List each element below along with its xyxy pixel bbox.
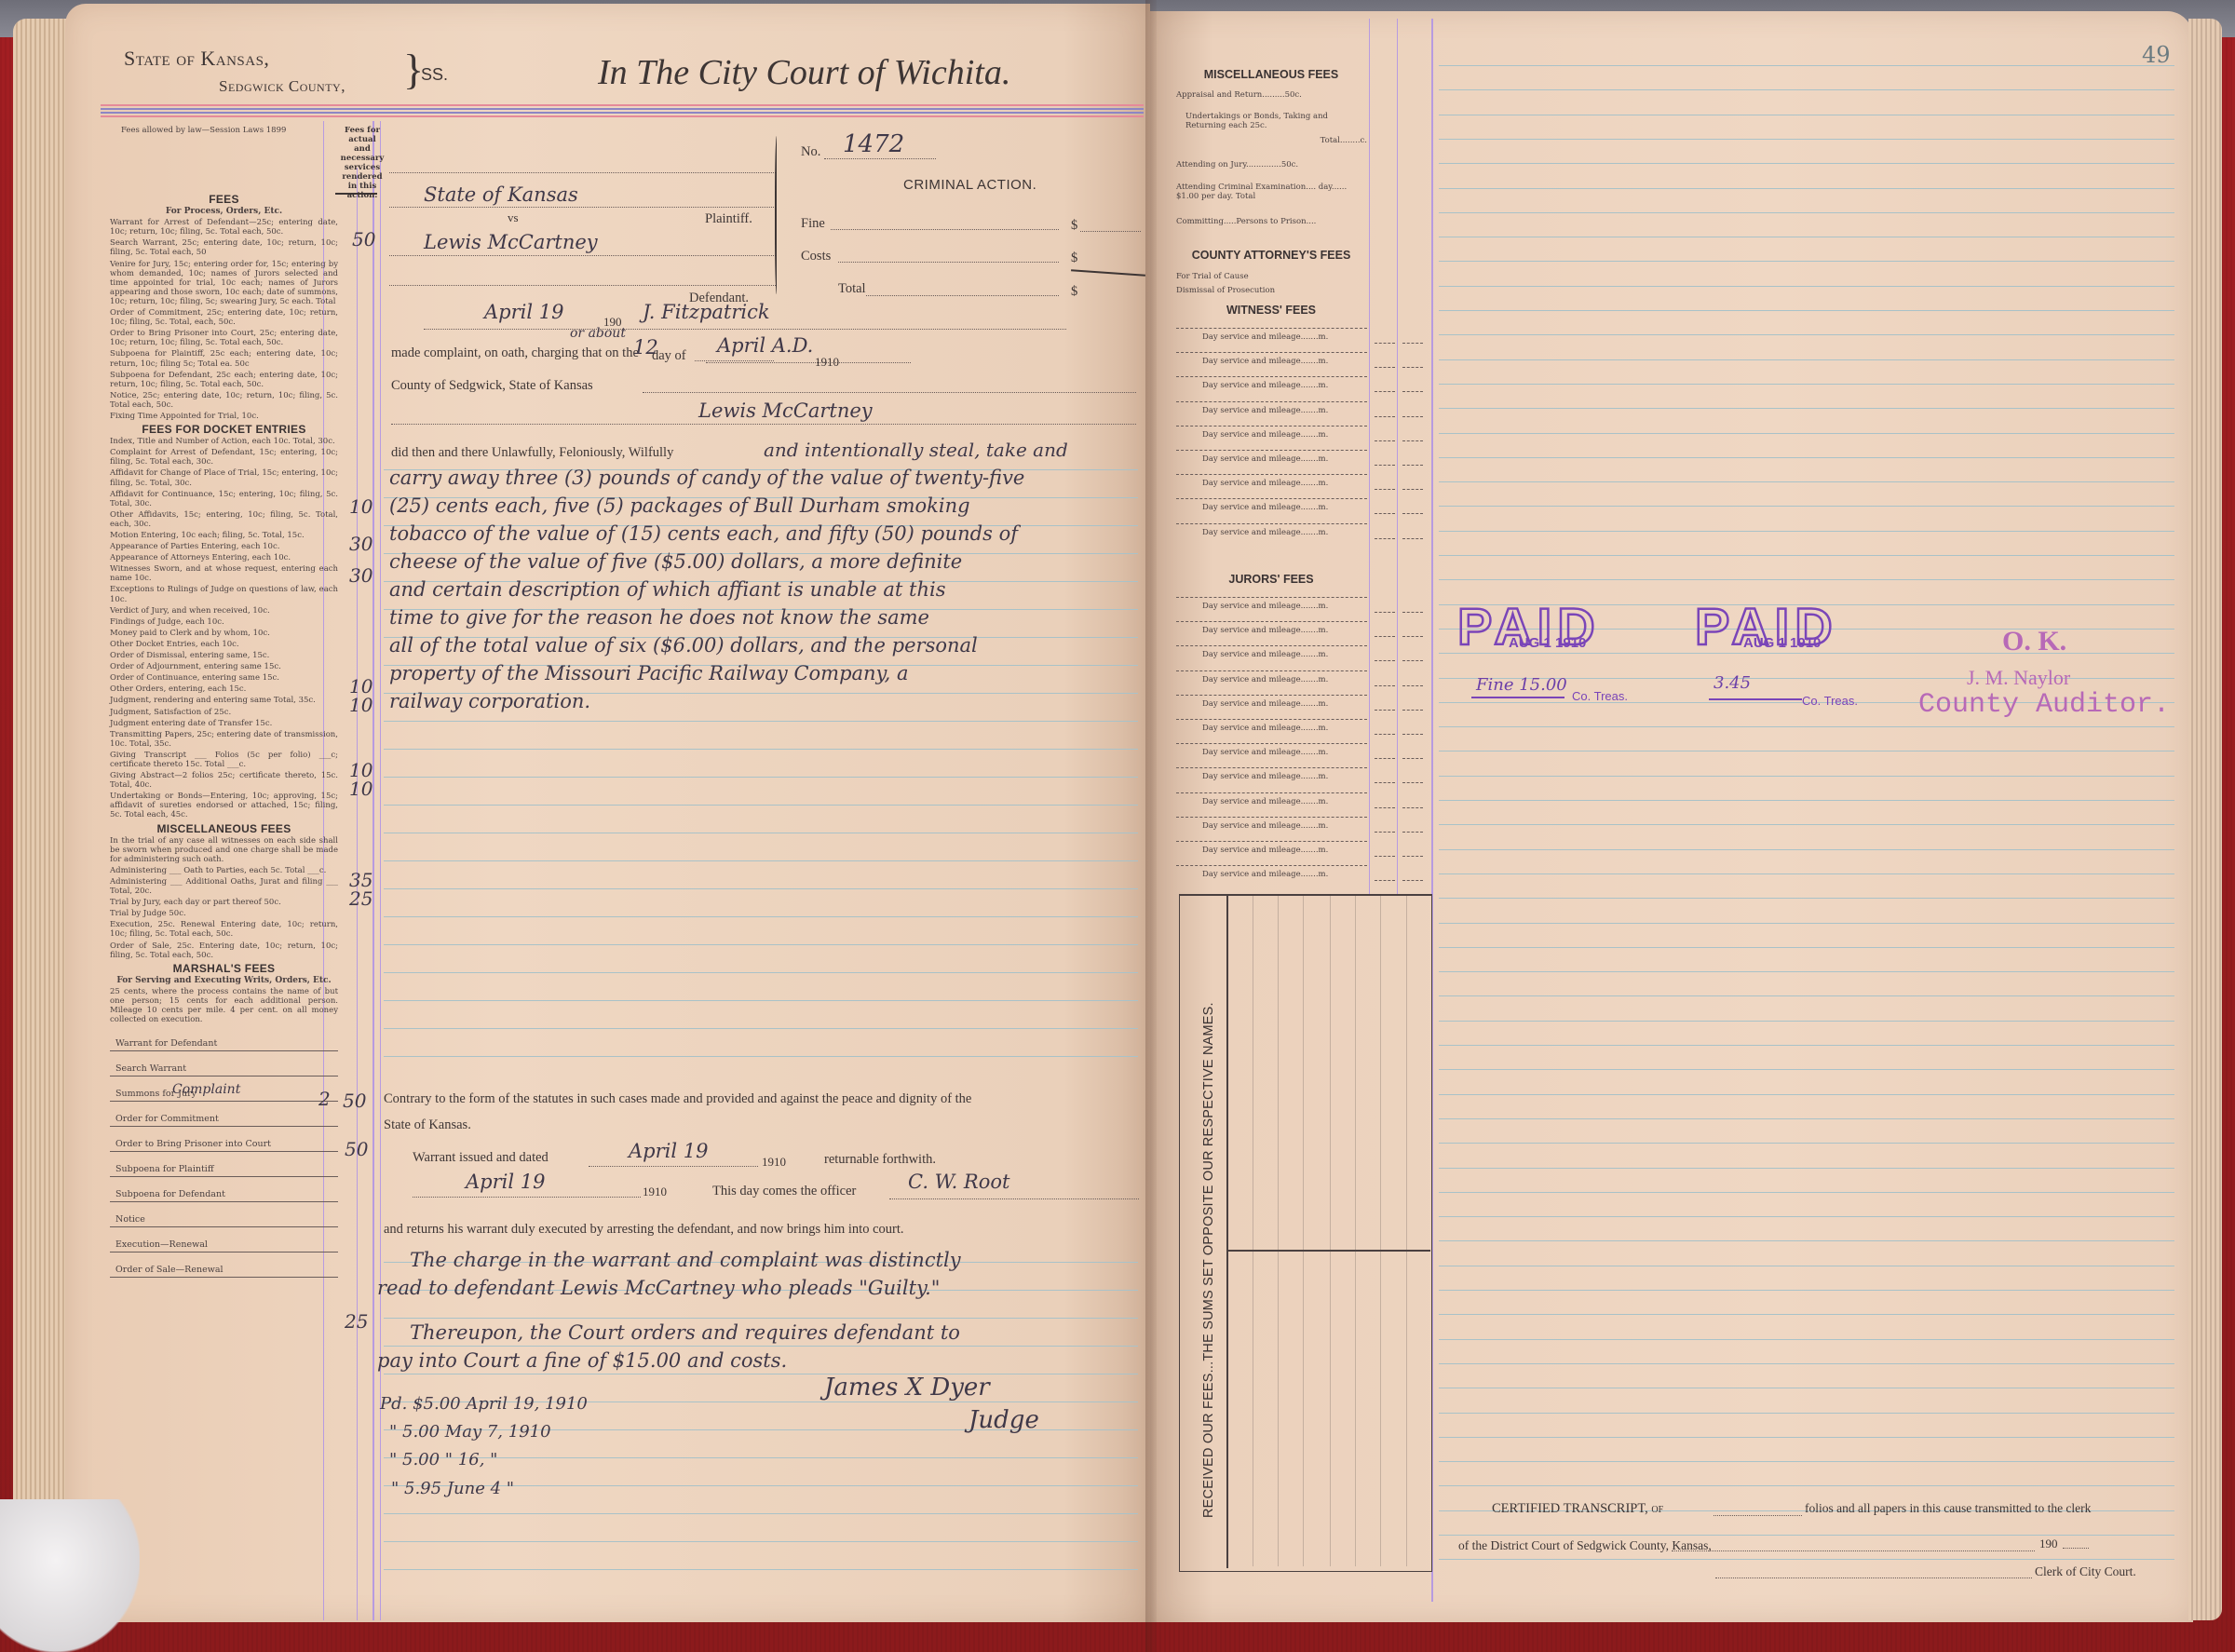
amount-blank: [1402, 465, 1423, 466]
fee-item: Giving Abstract—2 folios 25c; certificat…: [110, 771, 338, 790]
fee-amount: 30: [349, 533, 372, 555]
amount-blank: [1402, 636, 1423, 637]
marshal-line: Order of Sale—Renewal: [110, 1253, 338, 1278]
dotted-line: [889, 1198, 1139, 1199]
officer-name: C. W. Root: [908, 1170, 1009, 1194]
amount-blank: [1402, 807, 1423, 808]
marshal-line: Notice: [110, 1202, 338, 1227]
plaintiff-label: Plaintiff.: [705, 211, 752, 227]
returns-text: and returns his warrant duly executed by…: [384, 1222, 904, 1238]
ruled-line: [384, 805, 1138, 806]
divider: [335, 193, 377, 195]
misc-fee-item: Total........c.: [1176, 136, 1367, 145]
ruled-line: [1439, 261, 2174, 262]
ruled-line: [1439, 286, 2174, 287]
fee-item: Venire for Jury, 15c; entering order for…: [110, 260, 338, 306]
grid-line: [1253, 896, 1253, 1566]
transcript-line-1a: CERTIFIED TRANSCRIPT, of: [1492, 1501, 1663, 1517]
fee-item: Affidavit for Change of Place of Trial, …: [110, 468, 338, 487]
fee-item: Order to Bring Prisoner into Court, 25c;…: [110, 329, 338, 347]
ruled-line: [1439, 1021, 2174, 1022]
fee-item: Administering ___ Additional Oaths, Jura…: [110, 877, 338, 896]
juror-fee-row: Day service and mileage.......m.: [1176, 870, 1370, 879]
ruled-line: [384, 721, 1138, 722]
ruled-line: [1439, 1363, 2174, 1364]
fee-amount: 50: [345, 1138, 368, 1160]
dotted-line: [1176, 352, 1367, 353]
amount-blank: [1375, 440, 1395, 441]
header-rule: [101, 104, 1144, 106]
fee-item: Order of Commitment, 25c; entering date,…: [110, 308, 338, 327]
ruled-line: [1439, 163, 2174, 164]
ruled-line: [1439, 1290, 2174, 1291]
marshal-line-label: Subpoena for Plaintiff: [115, 1165, 214, 1174]
auditor-ok: O. K.: [2002, 626, 2066, 657]
fee-item: Exceptions to Rulings of Judge on questi…: [110, 585, 338, 603]
ruled-line: [1439, 1559, 2174, 1560]
dotted-line: [866, 295, 1059, 296]
misc-fee-item: Undertakings or Bonds, Taking and Return…: [1176, 112, 1367, 130]
marshal-line-label: Order for Commitment: [115, 1115, 219, 1124]
amount-blank: [1375, 343, 1395, 344]
charge-line: and certain description of which affiant…: [389, 577, 946, 602]
dotted-line: [413, 1197, 641, 1198]
ruled-line: [1439, 1216, 2174, 1217]
fine-dollar: $: [1071, 218, 1077, 234]
section-title: MISCELLANEOUS FEES: [110, 824, 338, 833]
fee-amount: 50: [352, 228, 375, 251]
grid-line: [1330, 896, 1331, 1566]
amount-blank: [1402, 391, 1423, 392]
fee-actual-header: Fees for actual and necessary services r…: [340, 126, 385, 200]
dotted-line: [1176, 767, 1367, 768]
box-divider: [1227, 1250, 1430, 1252]
state-text: State of Kansas.: [384, 1117, 471, 1133]
fee-amount: 10: [349, 495, 372, 518]
fee-item: Other Affidavits, 15c; entering, 10c; fi…: [110, 510, 338, 529]
marshal-line-label: Order of Sale—Renewal: [115, 1266, 223, 1275]
ruled-line: [1439, 506, 2174, 507]
page-stack-right: [2188, 19, 2222, 1620]
ruled-line: [384, 1028, 1138, 1029]
complaint-line-1: made complaint, on oath, charging that o…: [391, 345, 639, 361]
dotted-line: [1176, 645, 1367, 646]
amount-blank: [1402, 685, 1423, 686]
fee-item: Witnesses Sworn, and at whose request, e…: [110, 564, 338, 583]
action-type: CRIMINAL ACTION.: [903, 177, 1036, 193]
column-rule: [1397, 19, 1398, 894]
marshal-line: Search Warrant: [110, 1051, 338, 1077]
dotted-line: [1176, 817, 1367, 818]
fee-item: Undertaking or Bonds—Entering, 10c; appr…: [110, 792, 338, 819]
amount-blank: [1402, 513, 1423, 514]
stamp-underline: [1709, 698, 1802, 700]
paid-stamp-treas: Co. Treas.: [1802, 694, 1858, 708]
amount-blank: [1375, 832, 1395, 833]
plea-line: read to defendant Lewis McCartney who pl…: [377, 1276, 940, 1300]
amount-blank: [1375, 710, 1395, 711]
juror-fee-row: Day service and mileage.......m.: [1176, 797, 1370, 806]
total-dollar: $: [1071, 284, 1077, 300]
dotted-line: [824, 158, 936, 159]
fee-item: Verdict of Jury, and when received, 10c.: [110, 606, 338, 616]
county-attorney-item: For Trial of Cause: [1176, 272, 1367, 281]
plea-line: Thereupon, the Court orders and requires…: [410, 1320, 960, 1345]
header-state: State of Kansas,: [124, 47, 269, 71]
ruled-line: [384, 944, 1138, 945]
amount-blank: [1402, 856, 1423, 857]
header-rule: [101, 115, 1144, 117]
paid-stamp-date: AUG 1 1910: [1743, 635, 1821, 651]
accused-name: Lewis McCartney: [698, 399, 873, 423]
paid-stamp-treas: Co. Treas.: [1572, 689, 1628, 703]
offense-year: 1910: [815, 355, 839, 370]
paid-stamp-date: AUG 1 1910: [1509, 635, 1586, 651]
fee-item: Affidavit for Continuance, 15c; entering…: [110, 490, 338, 508]
ruled-line: [1439, 334, 2174, 335]
fee-item: Giving Transcript ___ Folios (5c per fol…: [110, 751, 338, 769]
ruled-line: [1439, 531, 2174, 532]
costs-label: Costs: [801, 249, 831, 264]
fee-item: Administering ___ Oath to Parties, each …: [110, 866, 338, 875]
fee-item: Other Orders, entering, each 15c.: [110, 684, 338, 694]
fee-item: Warrant for Arrest of Defendant—25c; ent…: [110, 218, 338, 237]
complaint-line-2: County of Sedgwick, State of Kansas: [391, 378, 593, 394]
county-attorney-item: Dismissal of Prosecution: [1176, 286, 1367, 295]
fee-item: Order of Continuance, entering same 15c.: [110, 673, 338, 683]
ruled-line: [1439, 457, 2174, 458]
ruled-line: [384, 888, 1138, 889]
dotted-line: [1176, 401, 1367, 402]
fee-amount: 30: [349, 564, 372, 587]
ruled-line: [1439, 1192, 2174, 1193]
marshal-line-label: Warrant for Defendant: [115, 1039, 217, 1049]
complaint-date: April 19: [484, 300, 563, 324]
ruled-line: [1439, 65, 2174, 66]
judge-signature: James X Dyer: [824, 1374, 990, 1401]
complaint-line-3: did then and there Unlawfully, Felonious…: [391, 445, 673, 461]
payment-entry: " 5.00 " 16, ": [389, 1450, 497, 1469]
marshal-line-label: Search Warrant: [115, 1064, 186, 1074]
ruled-line: [1439, 1485, 2174, 1486]
amount-blank: [1402, 880, 1423, 881]
dotted-line: [706, 362, 911, 363]
fee-item: Subpoena for Plaintiff, 25c each; enteri…: [110, 349, 338, 368]
marshal-line-label: Notice: [115, 1215, 145, 1225]
dotted-line: [695, 360, 774, 361]
juror-fee-row: Day service and mileage.......m.: [1176, 602, 1370, 611]
amount-blank: [1375, 367, 1395, 368]
fee-item: Complaint for Arrest of Defendant, 15c; …: [110, 448, 338, 467]
ruled-line: [384, 1318, 1138, 1319]
dotted-line: [1713, 1515, 1802, 1516]
fee-item: Index, Title and Number of Action, each …: [110, 437, 338, 446]
amount-blank: [1375, 782, 1395, 783]
ruled-line: [1439, 726, 2174, 727]
grid-line: [1380, 896, 1381, 1566]
return-year: 1910: [643, 1185, 667, 1199]
dotted-line: [1176, 450, 1367, 451]
case-number: 1472: [843, 130, 904, 158]
dotted-line: [1176, 743, 1367, 744]
dotted-line: [1176, 474, 1367, 475]
fee-amount: 10: [349, 778, 372, 800]
charge-line: cheese of the value of five ($5.00) doll…: [389, 549, 962, 574]
section-subtitle: For Serving and Executing Writs, Orders,…: [110, 976, 338, 985]
dotted-line: [589, 1166, 758, 1167]
amount-blank: [1402, 758, 1423, 759]
complainant: J. Fitzpatrick: [643, 300, 770, 324]
charge-line: carry away three (3) pounds of candy of …: [389, 466, 1024, 490]
fee-amount: 25: [349, 887, 372, 910]
header-rule: [101, 108, 1144, 110]
costs-dollar: $: [1071, 251, 1077, 266]
charge-line: and intentionally steal, take and: [764, 438, 1068, 462]
dotted-line: [831, 229, 1059, 230]
juror-fee-row: Day service and mileage.......m.: [1176, 699, 1370, 709]
ruled-line: [384, 1569, 1138, 1570]
offense-month: April A.D.: [717, 333, 813, 358]
misc-fee-item: Committing.....Persons to Prison....: [1176, 217, 1367, 226]
dotted-line: [1176, 621, 1367, 622]
amount-blank: [1375, 660, 1395, 661]
dotted-line: [1176, 670, 1367, 671]
amount-blank: [1375, 636, 1395, 637]
dotted-line: [1176, 792, 1367, 793]
marshal-line: Subpoena for Defendant: [110, 1177, 338, 1202]
amount-blank: [1402, 440, 1423, 441]
auditor-name: J. M. Naylor: [1967, 666, 2070, 690]
received-fees-text: RECEIVED OUR FEES...THE SUMS SET OPPOSIT…: [1201, 1002, 1216, 1518]
witness-fee-row: Day service and mileage.......m.: [1176, 503, 1370, 512]
witness-fee-row: Day service and mileage.......m.: [1176, 381, 1370, 390]
ruled-line: [1439, 310, 2174, 311]
transcript-line-1b: folios and all papers in this cause tran…: [1805, 1501, 2091, 1516]
ruled-line: [1439, 923, 2174, 924]
marshal-line: Execution—Renewal: [110, 1227, 338, 1253]
witness-fee-row: Day service and mileage.......m.: [1176, 430, 1370, 440]
fine-label: Fine: [801, 216, 825, 232]
caption-brace: [775, 136, 779, 294]
fee-item: Findings of Judge, each 10c.: [110, 617, 338, 627]
amount-blank: [1375, 758, 1395, 759]
fee-amount: 25: [345, 1310, 368, 1333]
ruled-line: [1439, 481, 2174, 482]
ruled-line: [1439, 212, 2174, 213]
ruled-line: [1439, 1388, 2174, 1388]
fee-amount: 50: [343, 1090, 366, 1112]
ruled-line: [1439, 579, 2174, 580]
juror-fee-row: Day service and mileage.......m.: [1176, 626, 1370, 635]
section-subtitle: For Process, Orders, Etc.: [110, 207, 338, 216]
dotted-line: [1176, 328, 1367, 329]
ruled-line: [384, 1541, 1138, 1542]
county-attorney-title: COUNTY ATTORNEY'S FEES: [1173, 249, 1369, 262]
ruled-line: [1439, 1240, 2174, 1241]
juror-fee-row: Day service and mileage.......m.: [1176, 724, 1370, 733]
ruled-line: [384, 1056, 1138, 1057]
ruled-line: [1439, 1266, 2174, 1266]
juror-fee-row: Day service and mileage.......m.: [1176, 675, 1370, 684]
marshal-line: Order for Commitment: [110, 1102, 338, 1127]
ruled-line: [1439, 555, 2174, 556]
misc-fee-item: Attending Criminal Examination.... day..…: [1176, 183, 1367, 201]
grid-line: [1278, 896, 1279, 1566]
amount-blank: [1375, 880, 1395, 881]
ruled-line: [1439, 433, 2174, 434]
fee-item: Money paid to Clerk and by whom, 10c.: [110, 629, 338, 638]
misc-fee-item: Appraisal and Return.........50c.: [1176, 90, 1367, 100]
header-rule: [101, 112, 1144, 114]
ruled-line: [1439, 1118, 2174, 1119]
ruled-line: [1439, 800, 2174, 801]
dotted-line: [838, 262, 1059, 263]
ruled-line: [1439, 359, 2174, 360]
ruled-line: [1439, 1143, 2174, 1144]
total-label: Total: [838, 281, 866, 297]
amount-blank: [1375, 416, 1395, 417]
amount-blank: [1402, 489, 1423, 490]
amount-blank: [1375, 489, 1395, 490]
grid-line: [1355, 896, 1356, 1566]
charge-line: time to give for the reason he does not …: [389, 605, 929, 630]
ruled-line: [1439, 824, 2174, 825]
warrant-label: Warrant issued and dated: [413, 1150, 549, 1166]
paid-stamp-amount: 3.45: [1713, 673, 1751, 693]
warrant-date: April 19: [629, 1139, 708, 1163]
fee-item: Order of Adjournment, entering same 15c.: [110, 662, 338, 671]
witness-fee-row: Day service and mileage.......m.: [1176, 528, 1370, 537]
dotted-line: [1176, 719, 1367, 720]
auditor-title: County Auditor.: [1918, 689, 2170, 721]
dotted-line: [389, 255, 776, 256]
ruled-line: [1439, 237, 2174, 237]
ruled-line: [1439, 1339, 2174, 1340]
misc-fees-title: MISCELLANEOUS FEES: [1173, 68, 1369, 81]
dotted-line: [1176, 523, 1367, 524]
ruled-line: [1439, 1045, 2174, 1046]
ruled-line: [1439, 1069, 2174, 1070]
amount-blank: [1402, 660, 1423, 661]
case-no-label: No.: [801, 144, 820, 160]
amount-blank: [1375, 807, 1395, 808]
defendant-name: Lewis McCartney: [424, 230, 598, 254]
amount-blank: [1402, 343, 1423, 344]
marshal-line: Subpoena for Plaintiff: [110, 1152, 338, 1177]
amount-blank: [1402, 734, 1423, 735]
fee-item: Fixing Time Appointed for Trial, 10c.: [110, 412, 338, 421]
warrant-year: 1910: [762, 1155, 786, 1170]
misc-fee-item: Attending on Jury..............50c.: [1176, 160, 1367, 169]
vs-label: vs: [508, 210, 519, 225]
ruled-line: [1439, 898, 2174, 899]
juror-fee-row: Day service and mileage.......m.: [1176, 821, 1370, 831]
amount-blank: [1402, 367, 1423, 368]
witness-fee-row: Day service and mileage.......m.: [1176, 357, 1370, 366]
amount-blank: [1375, 612, 1395, 613]
dotted-line: [1672, 1550, 2035, 1551]
witness-fee-row: Day service and mileage.......m.: [1176, 454, 1370, 464]
plea-line: pay into Court a fine of $15.00 and cost…: [377, 1348, 787, 1373]
charge-line: property of the Missouri Pacific Railway…: [389, 661, 909, 685]
contrary-text: Contrary to the form of the statutes in …: [384, 1091, 971, 1107]
ruled-line: [1439, 139, 2174, 140]
amount-blank: [1402, 416, 1423, 417]
page-number: 49: [2142, 42, 2171, 68]
fee-amount: 2: [318, 1088, 331, 1110]
juror-fee-row: Day service and mileage.......m.: [1176, 650, 1370, 659]
ruled-line: [384, 1346, 1138, 1347]
fee-note: Fees allowed by law—Session Laws 1899: [121, 126, 321, 135]
juror-fee-row: Day service and mileage.......m.: [1176, 772, 1370, 781]
witness-fee-row: Day service and mileage.......m.: [1176, 479, 1370, 488]
ruled-line: [1439, 408, 2174, 409]
ruled-line: [1439, 1413, 2174, 1414]
ruled-line: [1439, 115, 2174, 115]
ruled-line: [1439, 1461, 2174, 1462]
amount-blank: [1375, 538, 1395, 539]
amount-blank: [1375, 391, 1395, 392]
charge-line: tobacco of the value of (15) cents each,…: [389, 521, 1018, 546]
jurors-fees-title: JURORS' FEES: [1173, 573, 1369, 586]
fee-item: Other Docket Entries, each 10c.: [110, 640, 338, 649]
ruled-line: [384, 860, 1138, 861]
fee-item: Judgment entering date of Transfer 15c.: [110, 719, 338, 728]
marshal-line: Order to Bring Prisoner into Court: [110, 1127, 338, 1152]
ruled-line: [384, 833, 1138, 833]
ruled-line: [384, 1374, 1138, 1374]
ruled-line: [1439, 776, 2174, 777]
dotted-line: [1176, 597, 1367, 598]
dotted-line: [1176, 695, 1367, 696]
plaintiff-name: State of Kansas: [424, 183, 578, 207]
dotted-line: [1080, 231, 1141, 232]
dotted-line: [389, 207, 776, 208]
ruled-line: [1439, 947, 2174, 948]
ruled-line: [1439, 849, 2174, 850]
ruled-line: [1439, 971, 2174, 972]
insertion-or-about: or about: [570, 326, 626, 341]
transcript-year: 190: [2039, 1537, 2058, 1551]
witness-fee-row: Day service and mileage.......m.: [1176, 406, 1370, 415]
fee-item: Notice, 25c; entering date, 10c; return,…: [110, 391, 338, 410]
charge-line: railway corporation.: [389, 689, 590, 713]
grid-line: [1406, 896, 1407, 1566]
dotted-line: [424, 329, 1066, 330]
section-title: FEES: [110, 195, 338, 204]
ruled-line: [1439, 1437, 2174, 1438]
dotted-line: [1176, 865, 1367, 866]
amount-blank: [1375, 465, 1395, 466]
fee-item: In the trial of any case all witnesses o…: [110, 836, 338, 864]
dotted-line: [643, 392, 1136, 393]
header-ss: SS.: [421, 65, 448, 85]
ruled-line: [1439, 188, 2174, 189]
amount-blank: [1375, 856, 1395, 857]
returnable-text: returnable forthwith.: [824, 1152, 936, 1168]
header-county: Sedgwick County,: [219, 77, 345, 96]
dotted-line: [1176, 498, 1367, 499]
ruled-line: [1439, 1535, 2174, 1536]
ruled-line: [384, 916, 1138, 917]
fee-item: Motion Entering, 10c each; filing, 5c. T…: [110, 531, 338, 540]
return-date: April 19: [466, 1170, 545, 1194]
day-of-label: day of: [652, 348, 686, 364]
ruled-line: [384, 749, 1138, 750]
marshal-line-label: Subpoena for Defendant: [115, 1190, 225, 1199]
ruled-line: [1439, 384, 2174, 385]
dotted-line: [1715, 1578, 2032, 1578]
